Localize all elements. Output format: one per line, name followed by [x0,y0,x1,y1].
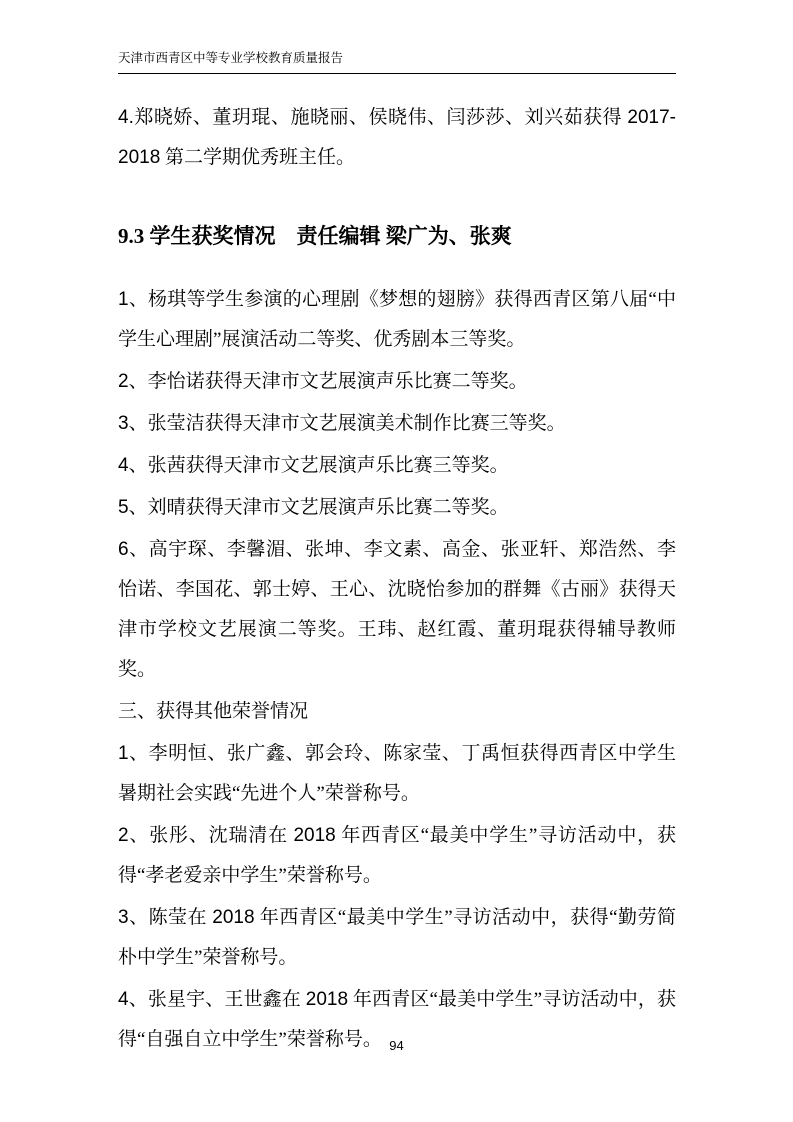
document-body: 4.郑晓娇、董玥琨、施晓丽、侯晓伟、闫莎莎、刘兴茹获得 2017-2018 第二… [118,98,676,1062]
honor-item-1: 1、李明恒、张广鑫、郭会玲、陈家莹、丁禹恒获得西青区中学生暑期社会实践“先进个人… [118,734,676,814]
page-header: 天津市西青区中等专业学校教育质量报告 [118,50,676,74]
award-item-5: 5、刘晴获得天津市文艺展演声乐比赛二等奖。 [118,488,676,528]
honor-item-2: 2、张彤、沈瑞清在 2018 年西青区“最美中学生”寻访活动中，获得“孝老爱亲中… [118,816,676,896]
award-item-2: 2、李怡诺获得天津市文艺展演声乐比赛二等奖。 [118,362,676,402]
honor-item-3: 3、陈莹在 2018 年西青区“最美中学生”寻访活动中，获得“勤劳简朴中学生”荣… [118,898,676,978]
award-item-1: 1、杨琪等学生参演的心理剧《梦想的翅膀》获得西青区第八届“中学生心理剧”展演活动… [118,280,676,360]
intro-paragraph: 4.郑晓娇、董玥琨、施晓丽、侯晓伟、闫莎莎、刘兴茹获得 2017-2018 第二… [118,98,676,178]
header-title: 天津市西青区中等专业学校教育质量报告 [118,51,343,65]
award-item-3: 3、张莹洁获得天津市文艺展演美术制作比赛三等奖。 [118,404,676,444]
subsection-heading: 三、获得其他荣誉情况 [118,692,676,732]
award-item-4: 4、张茜获得天津市文艺展演声乐比赛三等奖。 [118,446,676,486]
award-item-6: 6、高宇琛、李馨湄、张坤、李文素、高金、张亚轩、郑浩然、李怡诺、李国花、郭士婷、… [118,530,676,690]
page-number: 94 [0,1038,793,1054]
document-page: 天津市西青区中等专业学校教育质量报告 4.郑晓娇、董玥琨、施晓丽、侯晓伟、闫莎莎… [0,0,793,1122]
section-heading: 9.3 学生获奖情况 责任编辑 梁广为、张爽 [118,214,676,258]
